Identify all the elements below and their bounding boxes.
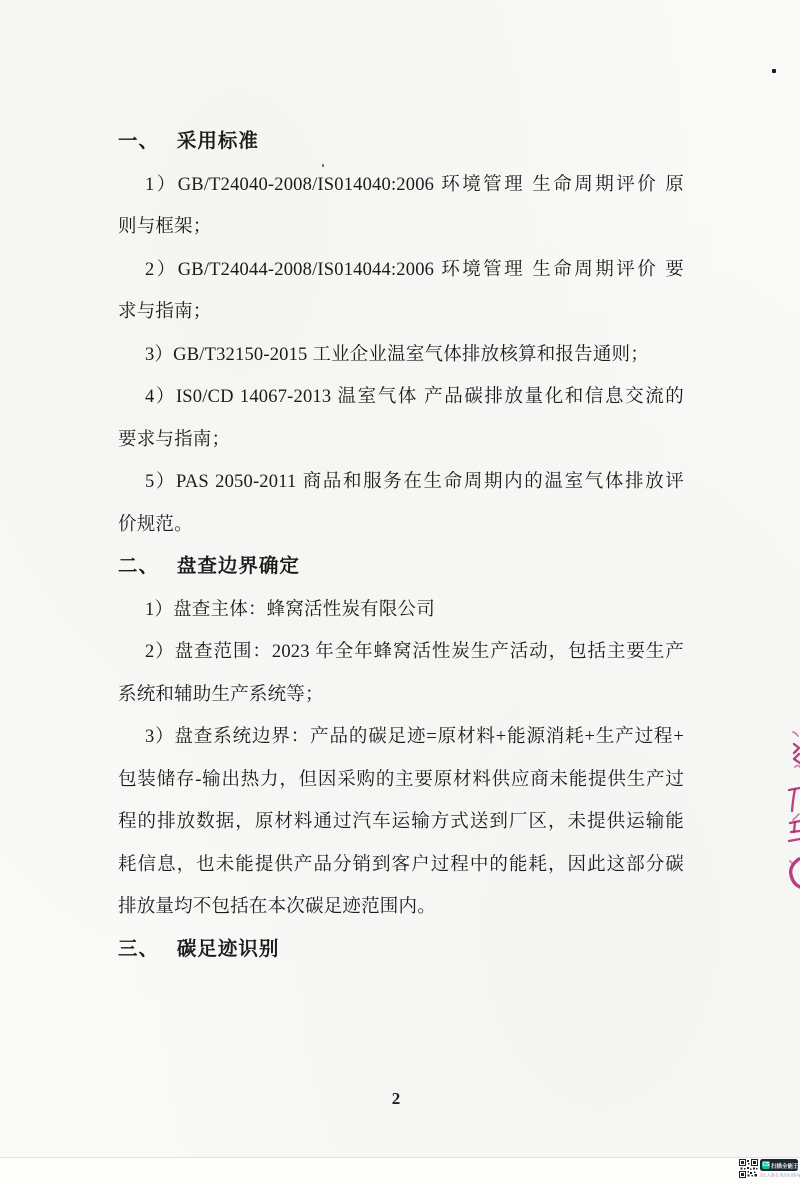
text-lines: 一、 采用标准1）GB/T24040-2008/IS014040:2006 环境…	[118, 121, 684, 971]
text-line: 包装储存-输出热力，但因采购的主要原材料供应商未能提供生产过	[118, 759, 684, 802]
ink-speck	[772, 69, 776, 73]
text-line: 排放量均不包括在本次碳足迹范围内。	[118, 886, 684, 929]
watermark-tagline: 3亿人都在用的扫描App	[760, 1172, 778, 1178]
text-line: 3）GB/T32150-2015 工业企业温室气体排放核算和报告通则；	[118, 334, 684, 377]
text-line: 则与框架；	[118, 206, 684, 249]
text-line: 4）IS0/CD 14067-2013 温室气体 产品碳排放量化和信息交流的	[118, 376, 684, 419]
section-heading: 一、 采用标准	[118, 121, 684, 164]
text-line: 耗信息，也未能提供产品分销到客户过程中的能耗，因此这部分碳	[118, 844, 684, 887]
handwritten-mark	[776, 722, 800, 894]
text-line: 1）盘查主体：蜂窝活性炭有限公司	[118, 589, 684, 632]
text-line: 2）盘查范围：2023 年全年蜂窝活性炭生产活动，包括主要生产	[118, 631, 684, 674]
watermark-app-name: 扫描全能王	[771, 1161, 798, 1169]
section-heading: 二、 盘查边界确定	[118, 546, 684, 589]
text-line: 5）PAS 2050-2011 商品和服务在生命周期内的温室气体排放评	[118, 461, 684, 504]
text-line: 程的排放数据，原材料通过汽车运输方式送到厂区，未提供运输能	[118, 801, 684, 844]
page-number: 2	[0, 1089, 792, 1111]
text-line: 系统和辅助生产系统等；	[118, 674, 684, 717]
section-heading: 三、 碳足迹识别	[118, 929, 684, 972]
qr-code-icon	[739, 1159, 758, 1178]
text-line: 求与指南；	[118, 291, 684, 334]
text-line: 要求与指南；	[118, 419, 684, 462]
camscanner-watermark: CS 扫描全能王 3亿人都在用的扫描App	[739, 1159, 798, 1184]
camscanner-logo-icon: CS	[762, 1161, 770, 1169]
text-line: 1）GB/T24040-2008/IS014040:2006 环境管理 生命周期…	[118, 164, 684, 207]
text-line: 3）盘查系统边界：产品的碳足迹=原材料+能源消耗+生产过程+	[118, 716, 684, 759]
watermark-badge: CS 扫描全能王	[760, 1159, 798, 1171]
text-line: 2）GB/T24044-2008/IS014044:2006 环境管理 生命周期…	[118, 249, 684, 292]
scanned-page: 一、 采用标准1）GB/T24040-2008/IS014040:2006 环境…	[0, 0, 800, 1184]
text-line: 价规范。	[118, 504, 684, 547]
ink-speck	[322, 164, 324, 167]
